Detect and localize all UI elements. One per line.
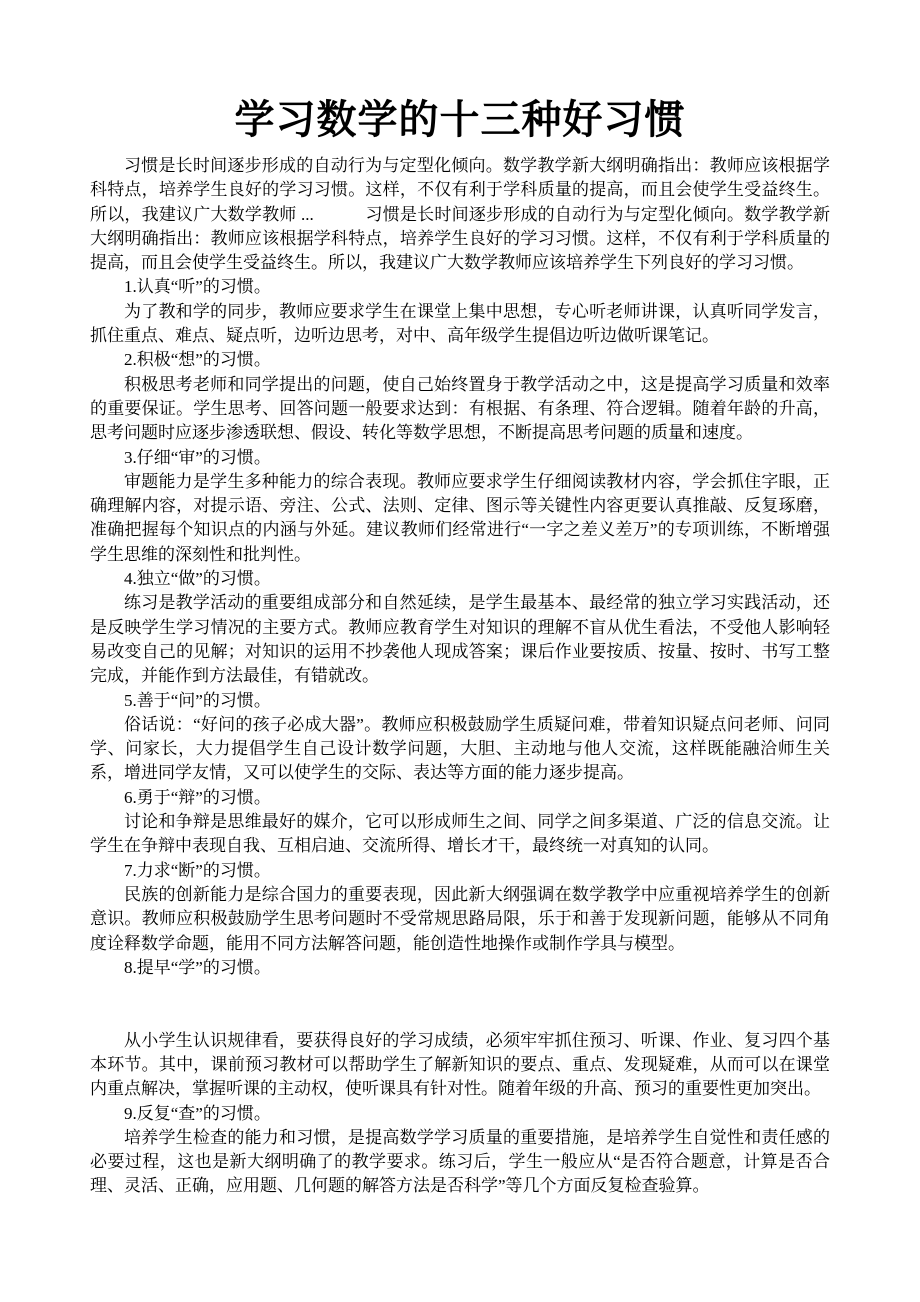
- habit-9-body: 培养学生检查的能力和习惯，是提高数学学习质量的重要措施，是培养学生自觉性和责任感…: [90, 1126, 830, 1199]
- habit-6-heading: 6.勇于“辩”的习惯。: [90, 786, 830, 810]
- document-title: 学习数学的十三种好习惯: [90, 96, 830, 144]
- intro-paragraph: 习惯是长时间逐步形成的自动行为与定型化倾向。数学教学新大纲明确指出：教师应该根据…: [90, 154, 830, 275]
- habit-9-heading: 9.反复“查”的习惯。: [90, 1102, 830, 1126]
- habit-5-heading: 5.善于“问”的习惯。: [90, 689, 830, 713]
- habit-4-heading: 4.独立“做”的习惯。: [90, 567, 830, 591]
- habit-3-body: 审题能力是学生多种能力的综合表现。教师应要求学生仔细阅读教材内容，学会抓住字眼，…: [90, 470, 830, 567]
- habit-5-body: 俗话说：“好问的孩子必成大器”。教师应积极鼓励学生质疑问难，带着知识疑点问老师、…: [90, 713, 830, 786]
- habit-1-body: 为了教和学的同步，教师应要求学生在课堂上集中思想，专心听老师讲课，认真听同学发言…: [90, 300, 830, 349]
- habit-8-heading: 8.提早“学”的习惯。: [90, 956, 830, 980]
- habit-2-body: 积极思考老师和同学提出的问题，使自己始终置身于教学活动之中，这是提高学习质量和效…: [90, 373, 830, 446]
- habit-6-body: 讨论和争辩是思维最好的媒介，它可以形成师生之间、同学之间多渠道、广泛的信息交流。…: [90, 810, 830, 859]
- habit-7-heading: 7.力求“断”的习惯。: [90, 859, 830, 883]
- habit-8-body: 从小学生认识规律看，要获得良好的学习成绩，必须牢牢抓住预习、听课、作业、复习四个…: [90, 1029, 830, 1102]
- habit-2-heading: 2.积极“想”的习惯。: [90, 348, 830, 372]
- document-page: 学习数学的十三种好习惯 习惯是长时间逐步形成的自动行为与定型化倾向。数学教学新大…: [0, 0, 920, 1302]
- habit-7-body: 民族的创新能力是综合国力的重要表现，因此新大纲强调在数学教学中应重视培养学生的创…: [90, 883, 830, 956]
- habit-3-heading: 3.仔细“审”的习惯。: [90, 446, 830, 470]
- habit-4-body: 练习是教学活动的重要组成部分和自然延续，是学生最基本、最经常的独立学习实践活动，…: [90, 591, 830, 688]
- habit-1-heading: 1.认真“听”的习惯。: [90, 275, 830, 299]
